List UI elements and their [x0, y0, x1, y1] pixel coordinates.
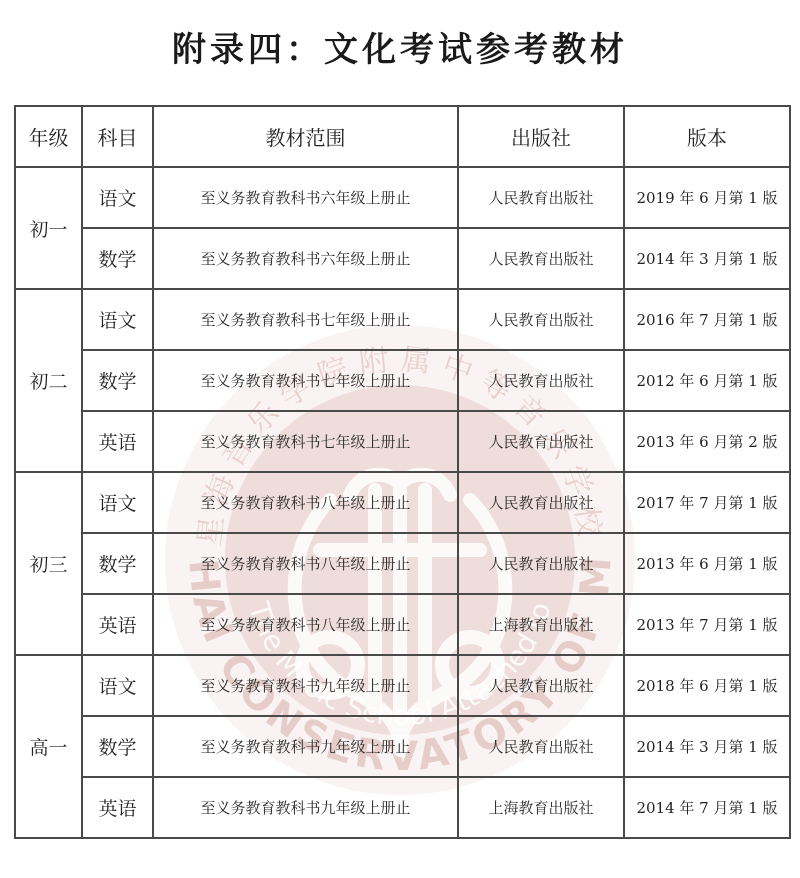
publisher-cell: 人民教育出版社 — [458, 533, 624, 594]
subject-cell: 英语 — [82, 777, 153, 838]
publisher-cell: 人民教育出版社 — [458, 350, 624, 411]
page-title: 附录四：文化考试参考教材 — [0, 22, 800, 71]
grade-cell: 初二 — [15, 289, 82, 472]
table-row: 数学 至义务教育教科书九年级上册止 人民教育出版社 2014 年 3 月第 1 … — [15, 716, 790, 777]
table-row: 英语 至义务教育教科书八年级上册止 上海教育出版社 2013 年 7 月第 1 … — [15, 594, 790, 655]
scope-cell: 至义务教育教科书八年级上册止 — [153, 472, 458, 533]
edition-cell: 2016 年 7 月第 1 版 — [624, 289, 790, 350]
table-row: 高一 语文 至义务教育教科书九年级上册止 人民教育出版社 2018 年 6 月第… — [15, 655, 790, 716]
scope-cell: 至义务教育教科书八年级上册止 — [153, 533, 458, 594]
header-edition: 版本 — [624, 106, 790, 167]
grade-cell: 初三 — [15, 472, 82, 655]
edition-cell: 2014 年 3 月第 1 版 — [624, 716, 790, 777]
edition-cell: 2017 年 7 月第 1 版 — [624, 472, 790, 533]
subject-cell: 数学 — [82, 533, 153, 594]
table-row: 初一 语文 至义务教育教科书六年级上册止 人民教育出版社 2019 年 6 月第… — [15, 167, 790, 228]
edition-cell: 2014 年 3 月第 1 版 — [624, 228, 790, 289]
header-grade: 年级 — [15, 106, 82, 167]
edition-cell: 2013 年 6 月第 1 版 — [624, 533, 790, 594]
publisher-cell: 人民教育出版社 — [458, 228, 624, 289]
publisher-cell: 上海教育出版社 — [458, 594, 624, 655]
publisher-cell: 人民教育出版社 — [458, 716, 624, 777]
subject-cell: 语文 — [82, 655, 153, 716]
scope-cell: 至义务教育教科书八年级上册止 — [153, 594, 458, 655]
scope-cell: 至义务教育教科书七年级上册止 — [153, 289, 458, 350]
publisher-cell: 人民教育出版社 — [458, 167, 624, 228]
subject-cell: 数学 — [82, 228, 153, 289]
publisher-cell: 人民教育出版社 — [458, 289, 624, 350]
edition-cell: 2012 年 6 月第 1 版 — [624, 350, 790, 411]
scope-cell: 至义务教育教科书九年级上册止 — [153, 777, 458, 838]
table-row: 初三 语文 至义务教育教科书八年级上册止 人民教育出版社 2017 年 7 月第… — [15, 472, 790, 533]
textbook-table: 年级 科目 教材范围 出版社 版本 初一 语文 至义务教育教科书六年级上册止 人… — [14, 105, 791, 839]
scope-cell: 至义务教育教科书七年级上册止 — [153, 350, 458, 411]
subject-cell: 语文 — [82, 472, 153, 533]
subject-cell: 语文 — [82, 167, 153, 228]
edition-cell: 2013 年 6 月第 2 版 — [624, 411, 790, 472]
subject-cell: 语文 — [82, 289, 153, 350]
scope-cell: 至义务教育教科书九年级上册止 — [153, 716, 458, 777]
table-header-row: 年级 科目 教材范围 出版社 版本 — [15, 106, 790, 167]
table-row: 英语 至义务教育教科书九年级上册止 上海教育出版社 2014 年 7 月第 1 … — [15, 777, 790, 838]
header-scope: 教材范围 — [153, 106, 458, 167]
publisher-cell: 人民教育出版社 — [458, 655, 624, 716]
edition-cell: 2018 年 6 月第 1 版 — [624, 655, 790, 716]
header-subject: 科目 — [82, 106, 153, 167]
header-publisher: 出版社 — [458, 106, 624, 167]
edition-cell: 2013 年 7 月第 1 版 — [624, 594, 790, 655]
subject-cell: 英语 — [82, 594, 153, 655]
scope-cell: 至义务教育教科书九年级上册止 — [153, 655, 458, 716]
publisher-cell: 上海教育出版社 — [458, 777, 624, 838]
table-row: 数学 至义务教育教科书八年级上册止 人民教育出版社 2013 年 6 月第 1 … — [15, 533, 790, 594]
edition-cell: 2014 年 7 月第 1 版 — [624, 777, 790, 838]
subject-cell: 英语 — [82, 411, 153, 472]
table-row: 英语 至义务教育教科书七年级上册止 人民教育出版社 2013 年 6 月第 2 … — [15, 411, 790, 472]
scope-cell: 至义务教育教科书七年级上册止 — [153, 411, 458, 472]
scope-cell: 至义务教育教科书六年级上册止 — [153, 167, 458, 228]
table-row: 数学 至义务教育教科书六年级上册止 人民教育出版社 2014 年 3 月第 1 … — [15, 228, 790, 289]
subject-cell: 数学 — [82, 716, 153, 777]
scope-cell: 至义务教育教科书六年级上册止 — [153, 228, 458, 289]
subject-cell: 数学 — [82, 350, 153, 411]
grade-cell: 初一 — [15, 167, 82, 289]
publisher-cell: 人民教育出版社 — [458, 411, 624, 472]
edition-cell: 2019 年 6 月第 1 版 — [624, 167, 790, 228]
table-row: 数学 至义务教育教科书七年级上册止 人民教育出版社 2012 年 6 月第 1 … — [15, 350, 790, 411]
grade-cell: 高一 — [15, 655, 82, 838]
publisher-cell: 人民教育出版社 — [458, 472, 624, 533]
table-row: 初二 语文 至义务教育教科书七年级上册止 人民教育出版社 2016 年 7 月第… — [15, 289, 790, 350]
